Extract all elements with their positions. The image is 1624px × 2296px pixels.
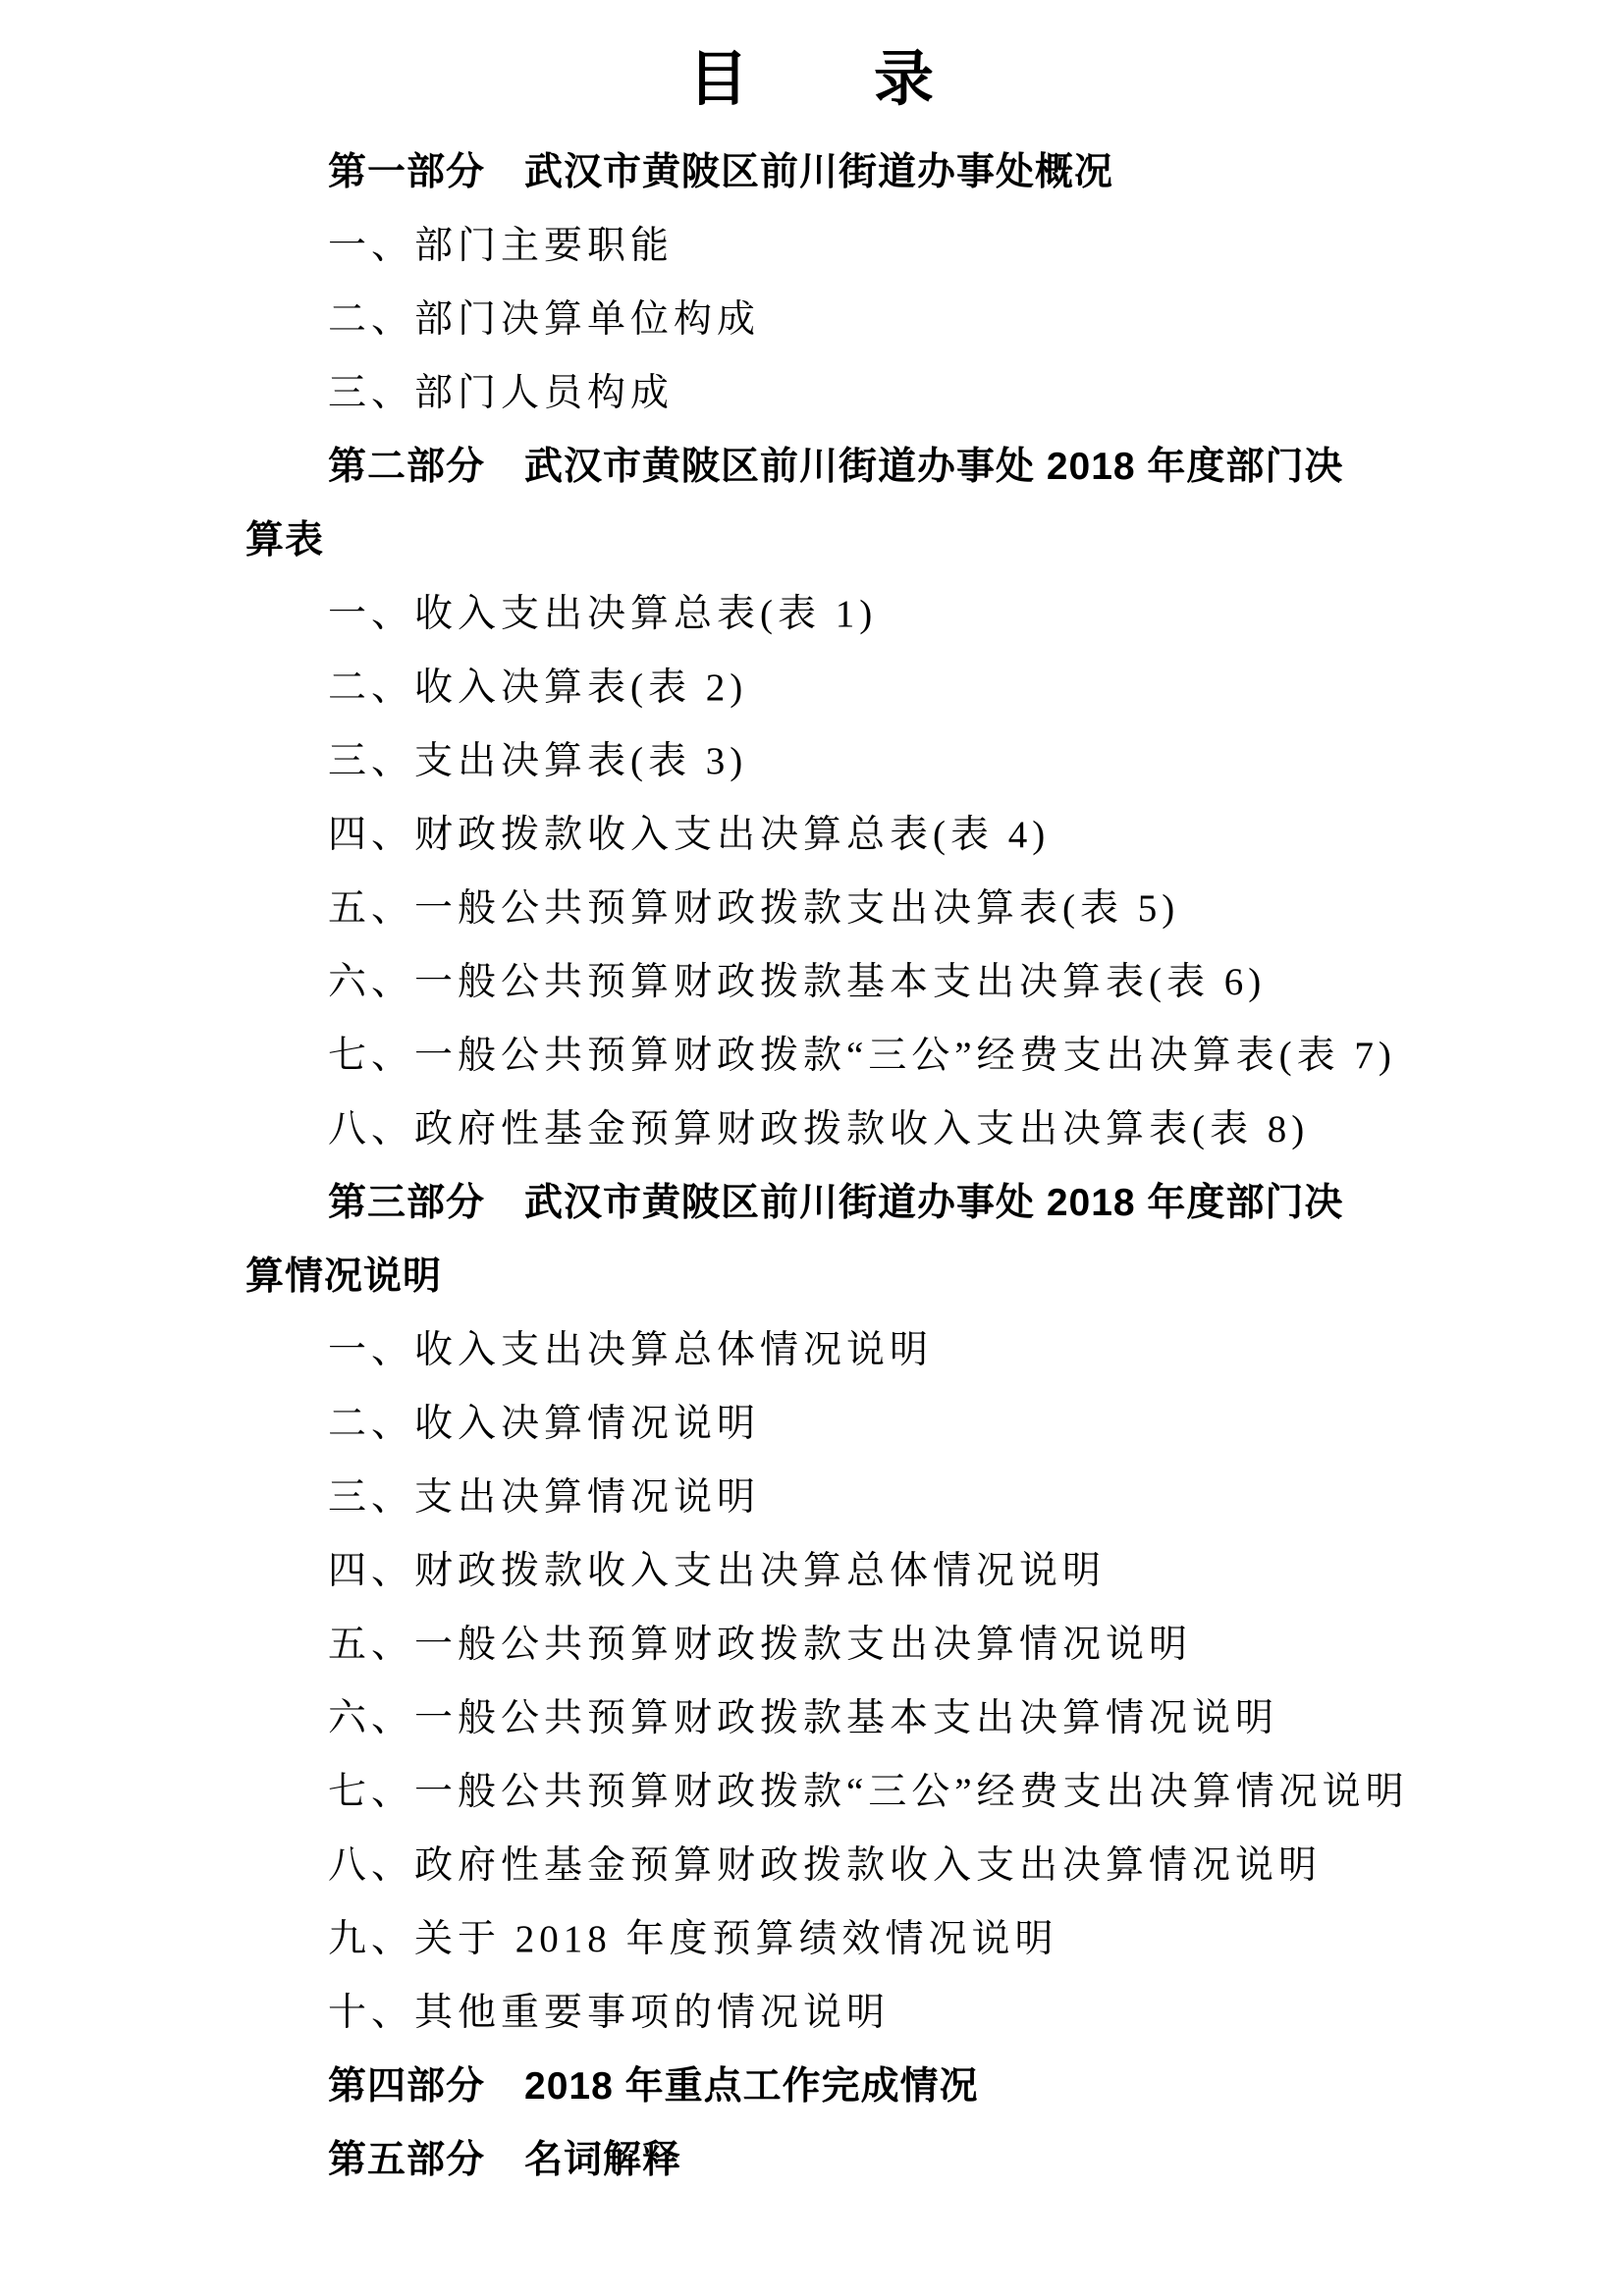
toc-item: 三、部门人员构成: [245, 356, 1379, 430]
toc-item: 四、财政拨款收入支出决算总体情况说明: [245, 1534, 1379, 1608]
toc-item: 七、一般公共预算财政拨款“三公”经费支出决算情况说明: [245, 1755, 1379, 1829]
toc-item: 四、财政拨款收入支出决算总表(表 4): [245, 798, 1379, 872]
toc-item: 八、政府性基金预算财政拨款收入支出决算情况说明: [245, 1829, 1379, 1902]
toc-section-heading: 第二部分 武汉市黄陂区前川街道办事处 2018 年度部门决: [245, 430, 1379, 504]
toc-section-heading: 算情况说明: [245, 1240, 1379, 1313]
toc-item: 二、收入决算情况说明: [245, 1387, 1379, 1461]
toc-section-heading: 第五部分 名词解释: [245, 2123, 1379, 2197]
toc-item: 五、一般公共预算财政拨款支出决算表(表 5): [245, 872, 1379, 945]
toc-item: 二、收入决算表(表 2): [245, 651, 1379, 724]
toc-item: 一、部门主要职能: [245, 209, 1379, 283]
toc-section-heading: 第三部分 武汉市黄陂区前川街道办事处 2018 年度部门决: [245, 1166, 1379, 1240]
document-content: 目 录 第一部分 武汉市黄陂区前川街道办事处概况一、部门主要职能二、部门决算单位…: [0, 0, 1624, 2197]
page-title: 目 录: [245, 29, 1379, 128]
toc-item: 八、政府性基金预算财政拨款收入支出决算表(表 8): [245, 1093, 1379, 1166]
toc-section-heading: 第四部分 2018 年重点工作完成情况: [245, 2050, 1379, 2123]
toc-item: 十、其他重要事项的情况说明: [245, 1976, 1379, 2050]
toc-item: 一、收入支出决算总体情况说明: [245, 1313, 1379, 1387]
toc-section-heading: 第一部分 武汉市黄陂区前川街道办事处概况: [245, 135, 1379, 209]
toc-item: 六、一般公共预算财政拨款基本支出决算表(表 6): [245, 945, 1379, 1019]
toc-item: 六、一般公共预算财政拨款基本支出决算情况说明: [245, 1682, 1379, 1755]
toc-item: 七、一般公共预算财政拨款“三公”经费支出决算表(表 7): [245, 1019, 1379, 1093]
toc-item: 九、关于 2018 年度预算绩效情况说明: [245, 1902, 1379, 1976]
toc-item: 五、一般公共预算财政拨款支出决算情况说明: [245, 1608, 1379, 1682]
toc-lines: 第一部分 武汉市黄陂区前川街道办事处概况一、部门主要职能二、部门决算单位构成三、…: [245, 135, 1379, 2197]
toc-item: 二、部门决算单位构成: [245, 283, 1379, 356]
toc-item: 一、收入支出决算总表(表 1): [245, 577, 1379, 651]
toc-item: 三、支出决算情况说明: [245, 1461, 1379, 1534]
toc-item: 三、支出决算表(表 3): [245, 724, 1379, 798]
toc-section-heading: 算表: [245, 504, 1379, 577]
document-page: 目 录 第一部分 武汉市黄陂区前川街道办事处概况一、部门主要职能二、部门决算单位…: [0, 0, 1624, 2296]
